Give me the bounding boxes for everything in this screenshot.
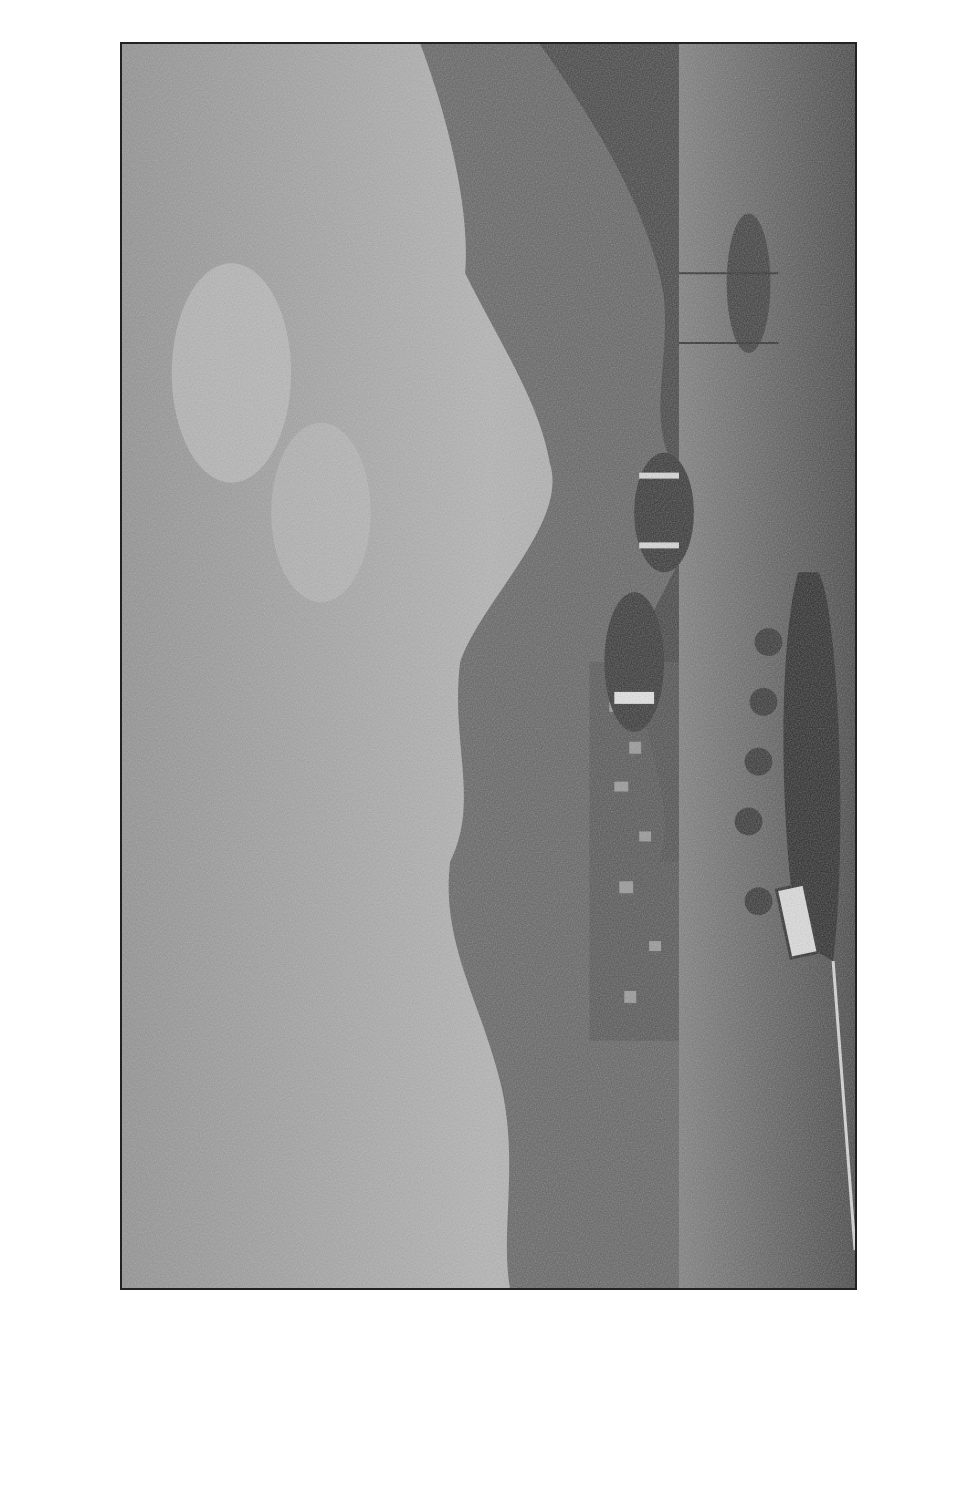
engraving-plate <box>120 42 857 1290</box>
harbor-scene-illustration <box>122 44 855 1288</box>
